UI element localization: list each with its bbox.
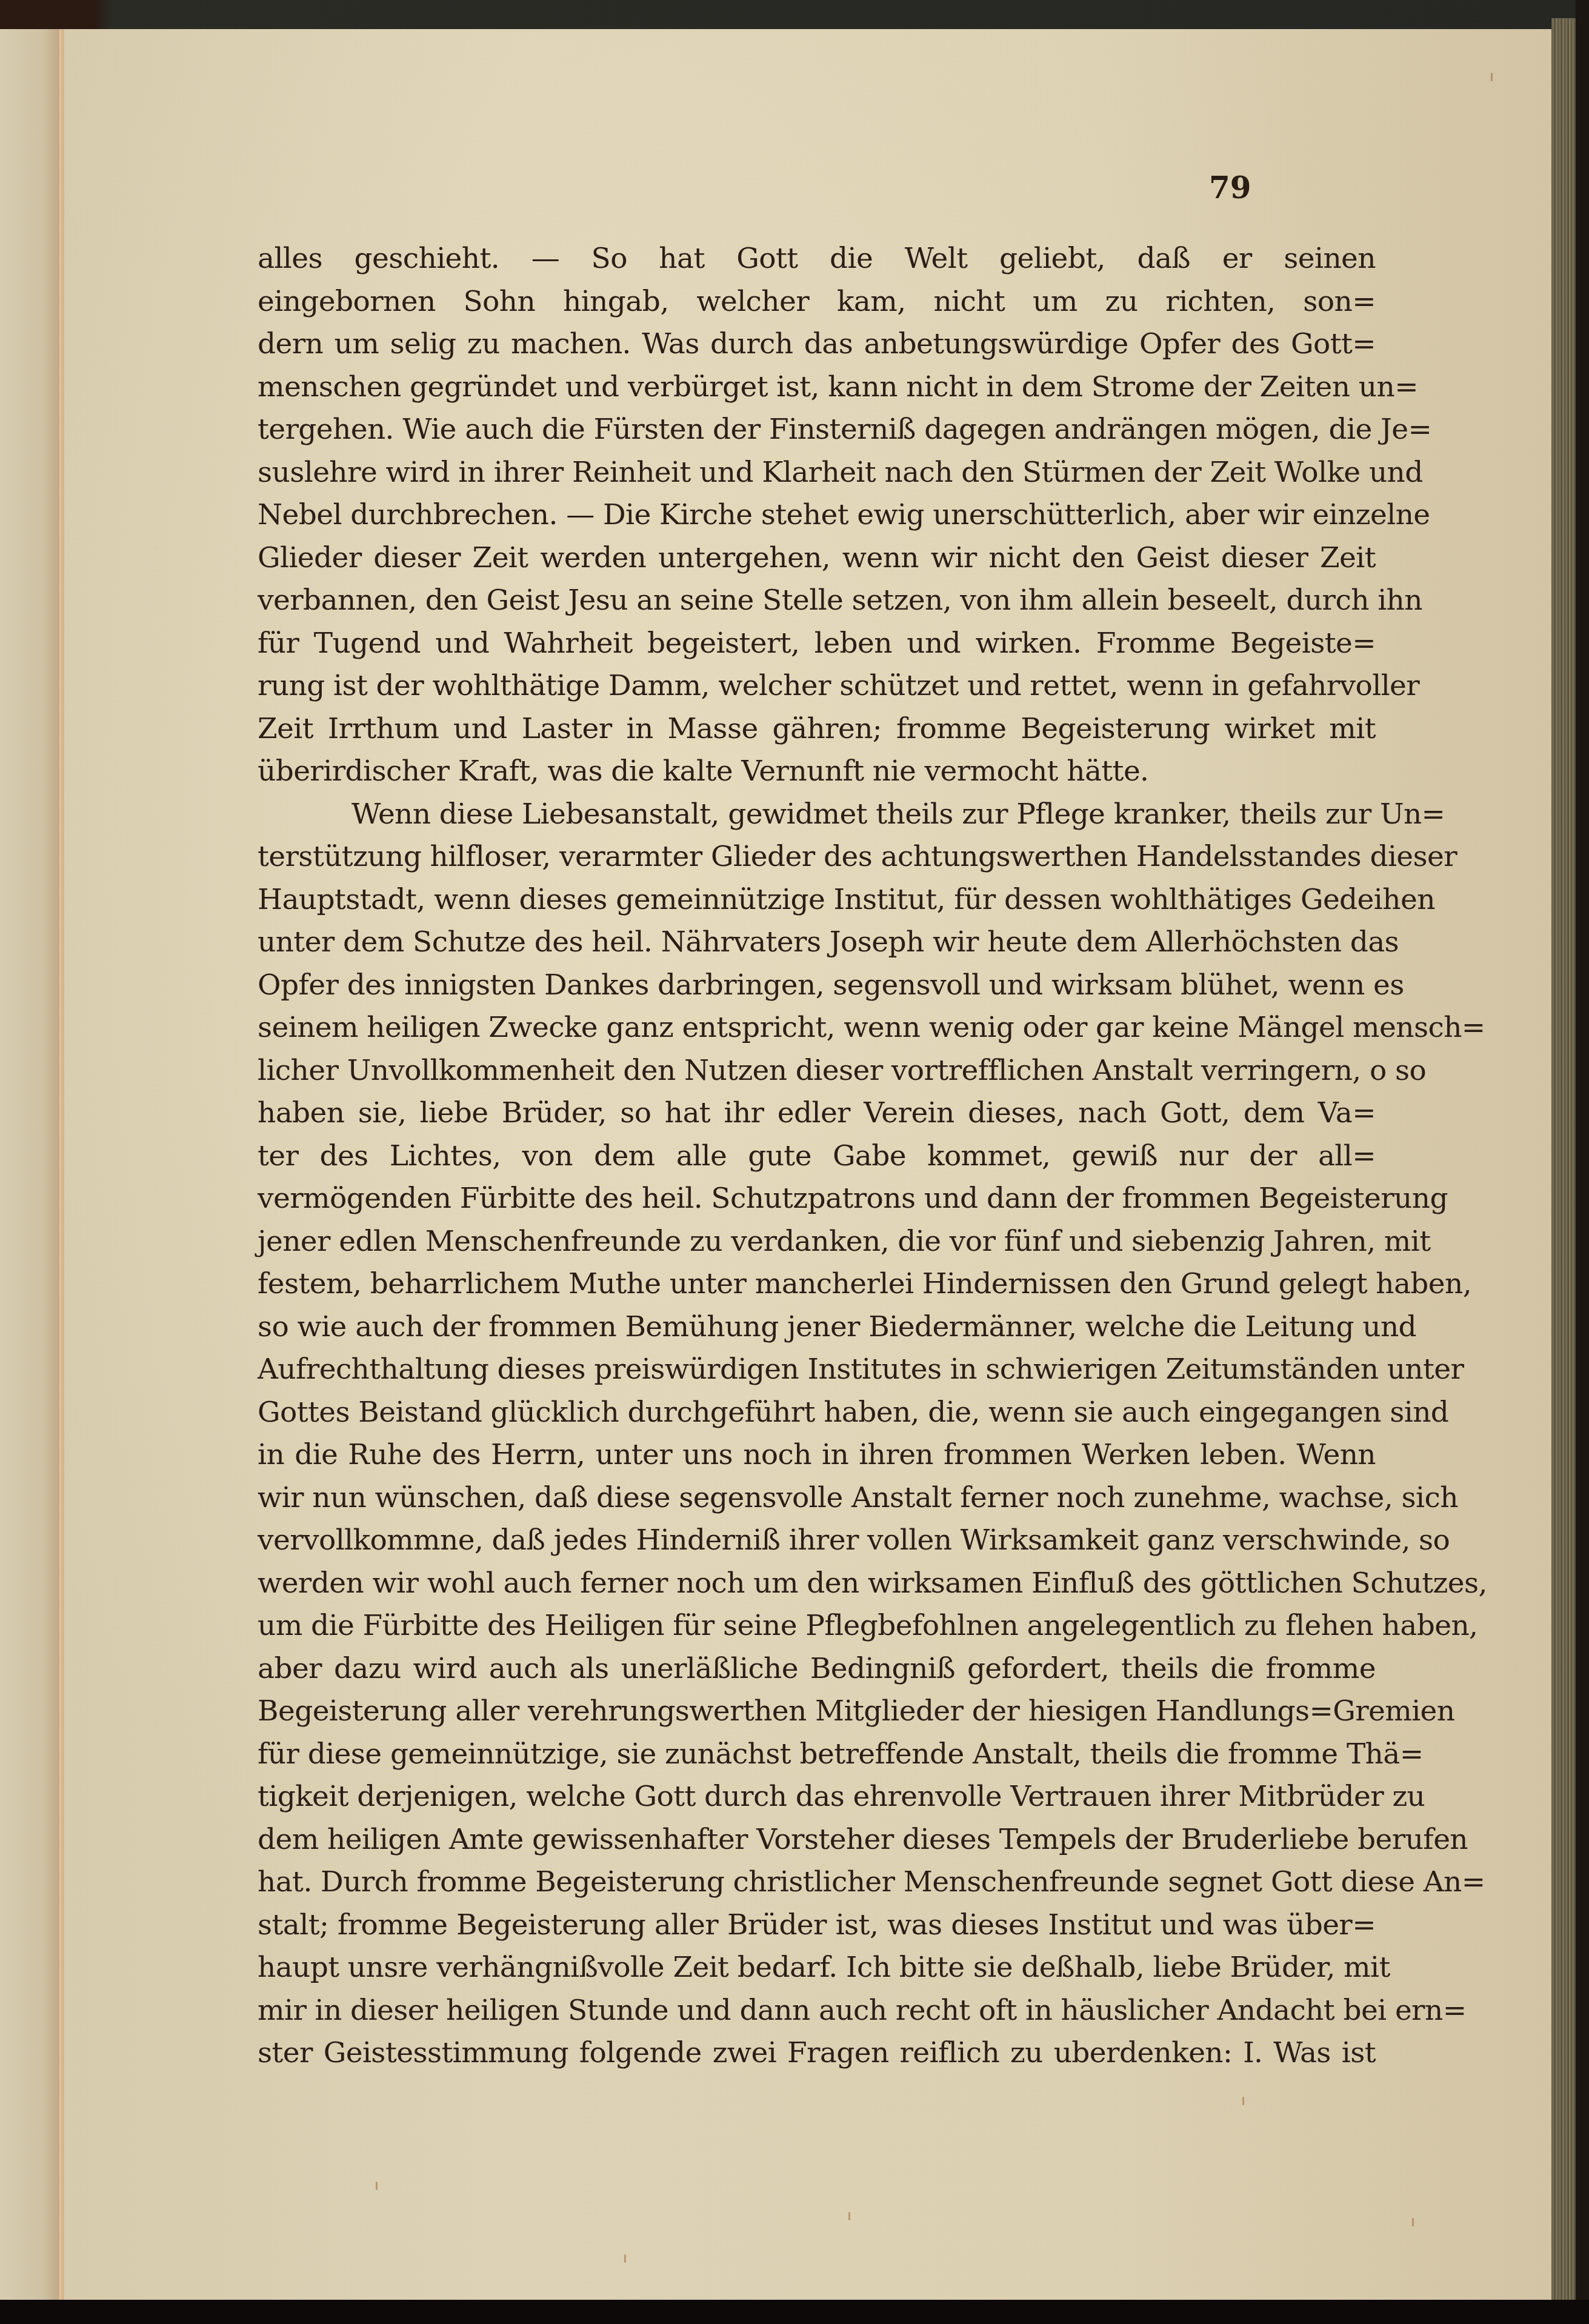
text-line: in die Ruhe des Herrn, unter uns noch in… <box>258 1434 1376 1477</box>
text-line: für Tugend und Wahrheit begeistert, lebe… <box>258 622 1376 665</box>
text-line: stalt; fromme Begeisterung aller Brüder … <box>258 1904 1376 1947</box>
book-cover-bottom <box>0 2300 1589 2324</box>
paragraph-start-line: Wenn diese Liebesanstalt, gewidmet theil… <box>258 793 1376 836</box>
text-line: für diese gemeinnützige, sie zunächst be… <box>258 1733 1376 1776</box>
text-line: festem, beharrlichem Muthe unter mancher… <box>258 1263 1376 1306</box>
text-line: vervollkommne, daß jedes Hinderniß ihrer… <box>258 1519 1376 1562</box>
text-line: Gottes Beistand glücklich durchgeführt h… <box>258 1391 1376 1434</box>
text-line: eingebornen Sohn hingab, welcher kam, ni… <box>258 281 1376 324</box>
text-line: dern um selig zu machen. Was durch das a… <box>258 323 1376 366</box>
text-line: wir nun wünschen, daß diese segensvolle … <box>258 1477 1376 1520</box>
facing-page-edge <box>0 29 61 2300</box>
text-line: tergehen. Wie auch die Fürsten der Finst… <box>258 408 1376 451</box>
text-line: rung ist der wohlthätige Damm, welcher s… <box>258 665 1376 708</box>
text-line: licher Unvollkommenheit den Nutzen diese… <box>258 1050 1376 1093</box>
paper-speck <box>624 2254 626 2263</box>
text-line: mir in dieser heiligen Stunde und dann a… <box>258 1989 1376 2033</box>
text-line: aber dazu wird auch als unerläßliche Bed… <box>258 1648 1376 1691</box>
paper-speck <box>848 2212 850 2220</box>
text-line: verbannen, den Geist Jesu an seine Stell… <box>258 579 1376 622</box>
text-line: tigkeit derjenigen, welche Gott durch da… <box>258 1776 1376 1819</box>
text-line: werden wir wohl auch ferner noch um den … <box>258 1562 1376 1605</box>
text-line: dem heiligen Amte gewissenhafter Vorsteh… <box>258 1819 1376 1862</box>
text-line: unter dem Schutze des heil. Nährvaters J… <box>258 921 1376 964</box>
text-line: ter des Lichtes, von dem alle gute Gabe … <box>258 1135 1376 1178</box>
text-line: menschen gegründet und verbürget ist, ka… <box>258 366 1376 409</box>
text-line: Begeisterung aller verehrungswerthen Mit… <box>258 1690 1376 1733</box>
paper-speck <box>1412 2218 1414 2226</box>
page-number: 79 <box>1209 170 1251 205</box>
text-line: suslehre wird in ihrer Reinheit und Klar… <box>258 451 1376 494</box>
stacked-page-edges <box>1551 18 1577 2303</box>
text-line: jener edlen Menschenfreunde zu verdanken… <box>258 1220 1376 1264</box>
text-line: hat. Durch fromme Begeisterung christlic… <box>258 1861 1376 1904</box>
text-line: Aufrechthaltung dieses preiswürdigen Ins… <box>258 1348 1376 1391</box>
text-line: terstützung hilfloser, verarmter Glieder… <box>258 836 1376 879</box>
text-line: seinem heiligen Zwecke ganz entspricht, … <box>258 1007 1376 1050</box>
text-line: vermögenden Fürbitte des heil. Schutzpat… <box>258 1177 1376 1220</box>
paper-speck <box>376 2182 378 2190</box>
paper-speck <box>1242 2097 1244 2105</box>
paper-speck <box>1491 73 1493 81</box>
paragraph-end-line: überirdischer Kraft, was die kalte Vernu… <box>258 750 1376 793</box>
text-line: um die Fürbitte des Heiligen für seine P… <box>258 1605 1376 1648</box>
text-line: haupt unsre verhängnißvolle Zeit bedarf.… <box>258 1946 1376 1989</box>
body-text: alles geschieht. — So hat Gott die Welt … <box>258 238 1376 2075</box>
text-line: so wie auch der frommen Bemühung jener B… <box>258 1306 1376 1349</box>
text-line: Zeit Irrthum und Laster in Masse gähren;… <box>258 708 1376 751</box>
text-line: haben sie, liebe Brüder, so hat ihr edle… <box>258 1092 1376 1135</box>
text-line: Nebel durchbrechen. — Die Kirche stehet … <box>258 494 1376 537</box>
text-line: Glieder dieser Zeit werden untergehen, w… <box>258 537 1376 580</box>
text-line: Opfer des innigsten Dankes darbringen, s… <box>258 964 1376 1007</box>
book-cover-top <box>0 0 1589 29</box>
book-cover-right <box>1576 0 1589 2324</box>
text-line: ster Geistesstimmung folgende zwei Frage… <box>258 2032 1376 2075</box>
text-line: alles geschieht. — So hat Gott die Welt … <box>258 238 1376 281</box>
text-line: Hauptstadt, wenn dieses gemeinnützige In… <box>258 879 1376 922</box>
